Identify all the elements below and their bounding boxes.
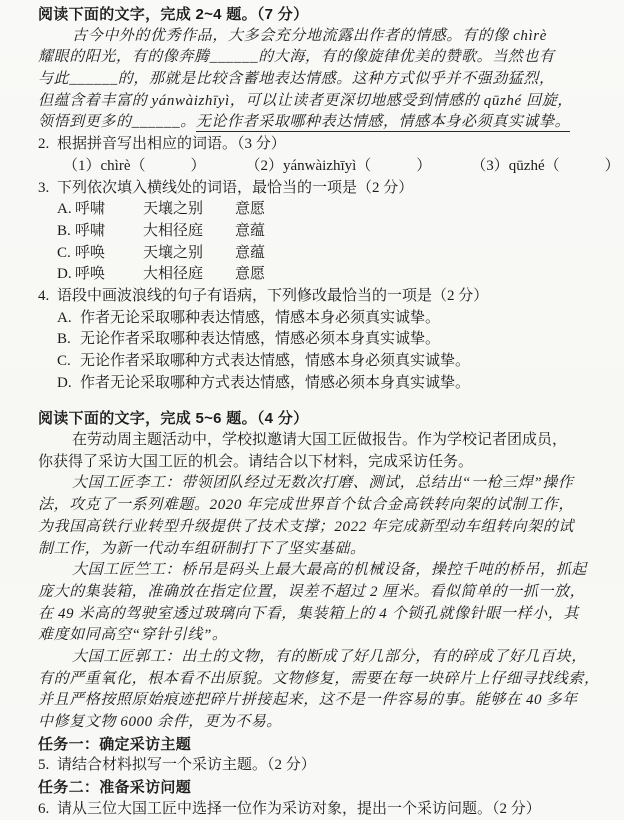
q4-option-d: D. 作者无论采取哪种方式表达情感，情感必须本身真实诚挚。	[38, 373, 594, 395]
craftsman-zhu-line-2: 庞大的集装箱，准确放在指定位置，误差不超过 2 厘米。看似简单的一抓一放，	[38, 582, 594, 604]
passage1-line5-pre: 领悟到更多的______。	[38, 114, 196, 130]
option-word-2: 天壤之别	[143, 243, 235, 265]
q3-option-b: B. 呼啸 大相径庭 意蕴	[38, 221, 594, 243]
passage1-line-3: 与此______的，那就是比较含蓄地表达情感。这种方式似乎并不强劲猛烈，	[38, 69, 594, 91]
passage2-intro-line-1: 在劳动周主题活动中，学校拟邀请大国工匠做报告。作为学校记者团成员，	[38, 430, 594, 452]
q4-option-b: B. 无论作者采取哪种表达情感，情感必须本身真实诚挚。	[38, 329, 594, 351]
task1-label: 任务一：确定采访主题	[38, 734, 594, 756]
question4-stem: 语段中画波浪线的句子有语病，下列修改最恰当的一项是（2 分）	[57, 286, 488, 308]
underlined-sentence: 无论作者采取哪种表达情感，情感本身必须真实诚挚。	[196, 114, 570, 132]
question5-number: 5.	[38, 755, 57, 777]
option-word-1: 呼唤	[75, 264, 143, 286]
craftsman-zhu-line-3: 在 49 米高的驾驶室透过玻璃向下看，集装箱上的 4 个锁孔就像针眼一样小，其	[38, 604, 594, 626]
passage1-line-4: 但蕴含着丰富的 yánwàizhīyì，可以让读者更深切地感受到情感的 qūzh…	[38, 91, 594, 113]
question6-number: 6.	[38, 799, 57, 820]
q3-option-a: A. 呼啸 天壤之别 意愿	[38, 199, 594, 221]
passage1-line-2: 耀眼的阳光，有的像奔腾______的大海，有的像旋律优美的赞歌。当然也有	[38, 47, 594, 69]
question2-items-row: （1）chìrè（ ） （2）yánwàizhīyì（ ） （3）qūzhé（ …	[38, 156, 594, 178]
option-word-2: 天壤之别	[143, 199, 235, 221]
task2-label: 任务二：准备采访问题	[38, 777, 594, 799]
section2-header: 阅读下面的文字，完成 5~6 题。（4 分）	[38, 408, 594, 430]
craftsman-li-line-4: 制工作，为新一代动车组研制打下了坚实基础。	[38, 539, 594, 561]
option-letter: B.	[57, 221, 75, 243]
option-text: 无论作者采取哪种表达情感，情感必须本身真实诚挚。	[80, 329, 440, 351]
question5-stem: 请结合材料拟写一个采访主题。（2 分）	[57, 755, 316, 777]
craftsman-guo-line-2: 有的严重氧化，根本看不出原貌。文物修复，需要在每一块碎片上仔细寻找线索，	[38, 669, 594, 691]
question6-stem-row: 6. 请从三位大国工匠中选择一位作为采访对象，提出一个采访问题。（2 分）	[38, 799, 594, 820]
option-word-1: 呼唤	[75, 243, 143, 265]
q2-blank-item-2: （2）yánwàizhīyì（ ）	[245, 156, 431, 178]
option-text: 作者无论采取哪种表达情感，情感本身必须真实诚挚。	[80, 308, 440, 330]
option-letter: D.	[57, 264, 75, 286]
option-letter: A.	[57, 199, 75, 221]
q4-option-c: C. 无论作者采取哪种方式表达情感，情感本身必须真实诚挚。	[38, 351, 594, 373]
passage1-line-1: 古今中外的优秀作品，大多会充分地流露出作者的情感。有的像 chìrè	[38, 26, 594, 48]
option-word-2: 大相径庭	[143, 264, 235, 286]
craftsman-zhu-line-1: 大国工匠竺工：桥吊是码头上最大最高的机械设备，操控千吨的桥吊，抓起	[38, 560, 594, 582]
passage2-intro-line-2: 你获得了采访大国工匠的机会。请结合以下材料，完成采访任务。	[38, 452, 594, 474]
craftsman-guo-line-3: 并且严格按照原始痕迹把碎片拼接起来，这不是一件容易的事。能够在 40 多年	[38, 690, 594, 712]
craftsman-guo-line-1: 大国工匠郭工：出土的文物，有的断成了好几部分，有的碎成了好几百块，	[38, 647, 594, 669]
question4-number: 4.	[38, 286, 57, 308]
craftsman-li-line-3: 为我国高铁行业转型升级提供了技术支撑；2022 年完成新型动车组转向架的试	[38, 517, 594, 539]
option-word-3: 意愿	[235, 199, 265, 221]
option-letter: A.	[57, 308, 80, 330]
q2-blank-item-3: （3）qūzhé（ ）	[471, 156, 619, 178]
passage1-line-5: 领悟到更多的______。无论作者采取哪种表达情感，情感本身必须真实诚挚。	[38, 112, 594, 134]
craftsman-li-line-2: 法，攻克了一系列难题。2020 年完成世界首个钛合金高铁转向架的试制工作，	[38, 495, 594, 517]
section1-header: 阅读下面的文字，完成 2~4 题。（7 分）	[38, 4, 594, 26]
question2-number: 2.	[38, 134, 57, 156]
question4-stem-row: 4. 语段中画波浪线的句子有语病，下列修改最恰当的一项是（2 分）	[38, 286, 594, 308]
option-letter: C.	[57, 243, 75, 265]
q3-option-c: C. 呼唤 天壤之别 意蕴	[38, 243, 594, 265]
q4-option-a: A. 作者无论采取哪种表达情感，情感本身必须真实诚挚。	[38, 308, 594, 330]
question3-stem: 下列依次填入横线处的词语，最恰当的一项是（2 分）	[57, 178, 413, 200]
question2-stem: 根据拼音写出相应的词语。（3 分）	[57, 134, 286, 156]
option-word-1: 呼啸	[75, 221, 143, 243]
q3-option-d: D. 呼唤 大相径庭 意愿	[38, 264, 594, 286]
question3-number: 3.	[38, 178, 57, 200]
question3-stem-row: 3. 下列依次填入横线处的词语，最恰当的一项是（2 分）	[38, 178, 594, 200]
option-text: 无论作者采取哪种方式表达情感，情感本身必须真实诚挚。	[80, 351, 470, 373]
option-word-1: 呼啸	[75, 199, 143, 221]
question6-stem: 请从三位大国工匠中选择一位作为采访对象，提出一个采访问题。（2 分）	[57, 799, 541, 820]
option-word-3: 意愿	[235, 264, 265, 286]
option-letter: D.	[57, 373, 80, 395]
option-word-3: 意蕴	[235, 243, 265, 265]
craftsman-li-line-1: 大国工匠李工：带领团队经过无数次打磨、测试，总结出“一枪三焊”操作	[38, 473, 594, 495]
q2-blank-item-1: （1）chìrè（ ）	[63, 156, 205, 178]
option-letter: C.	[57, 351, 80, 373]
question5-stem-row: 5. 请结合材料拟写一个采访主题。（2 分）	[38, 755, 594, 777]
option-letter: B.	[57, 329, 80, 351]
option-word-2: 大相径庭	[143, 221, 235, 243]
question2-stem-row: 2. 根据拼音写出相应的词语。（3 分）	[38, 134, 594, 156]
craftsman-zhu-line-4: 难度如同高空“穿针引线”。	[38, 625, 594, 647]
exam-paper-page: 阅读下面的文字，完成 2~4 题。（7 分） 古今中外的优秀作品，大多会充分地流…	[0, 0, 624, 820]
craftsman-guo-line-4: 中修复文物 6000 余件，更为不易。	[38, 712, 594, 734]
option-word-3: 意蕴	[235, 221, 265, 243]
option-text: 作者无论采取哪种方式表达情感，情感必须本身真实诚挚。	[80, 373, 470, 395]
section-divider-gap	[38, 394, 594, 408]
